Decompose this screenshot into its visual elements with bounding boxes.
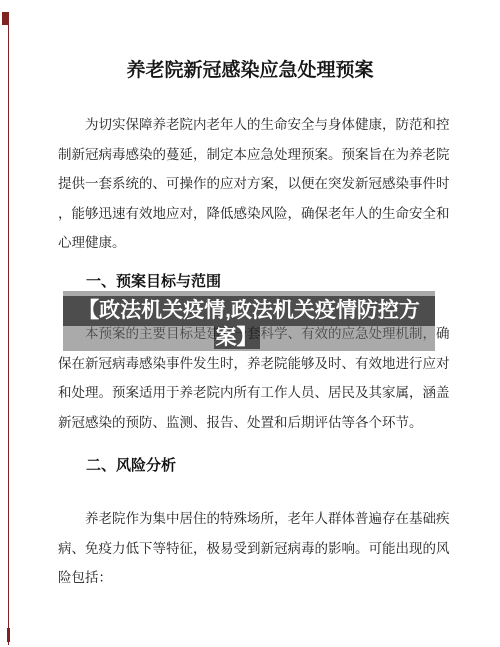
document-title: 养老院新冠感染应急处理预案 <box>0 58 500 84</box>
text-line: 提供一套系统的、可操作的应对方案，以便在突发新冠感染事件时 <box>58 169 442 199</box>
bottom-left-edge-mark <box>7 628 10 642</box>
intro-paragraph: 为切实保障养老院内老年人的生命安全与身体健康，防范和控制新冠病毒感染的蔓延，制定… <box>58 110 442 258</box>
text-line: 险包括： <box>58 563 442 593</box>
left-edge-line <box>8 12 9 645</box>
text-line: 新冠感染的预防、监测、报告、处置和后期评估等各个环节。 <box>58 408 442 438</box>
text-line: 心理健康。 <box>58 228 442 258</box>
section-2-heading: 二、风险分析 <box>86 451 176 480</box>
text-line: 为切实保障养老院内老年人的生命安全与身体健康，防范和控 <box>58 110 442 140</box>
watermark-overlay: 【政法机关疫情,政法机关疫情防控方 案】 <box>63 291 435 351</box>
text-line: 病、免疫力低下等特征，极易受到新冠病毒的影响。可能出现的风 <box>58 534 442 564</box>
document-page: 养老院新冠感染应急处理预案 为切实保障养老院内老年人的生命安全与身体健康，防范和… <box>0 0 500 647</box>
watermark-text-line-2: 案】 <box>63 326 435 351</box>
section-2-paragraph: 养老院作为集中居住的特殊场所，老年人群体普遍存在基础疾病、免疫力低下等特征，极易… <box>58 504 442 593</box>
text-line: 和处理。预案适用于养老院内所有工作人员、居民及其家属，涵盖 <box>58 378 442 408</box>
text-line: 养老院作为集中居住的特殊场所，老年人群体普遍存在基础疾 <box>58 504 442 534</box>
watermark-text-line-1: 【政法机关疫情,政法机关疫情防控方 <box>63 296 435 326</box>
text-line: 保在新冠病毒感染事件发生时，养老院能够及时、有效地进行应对 <box>58 349 442 379</box>
text-line: ，能够迅速有效地应对，降低感染风险，确保老年人的生命安全和 <box>58 199 442 229</box>
watermark-text-line-2-box: 案】 <box>214 326 260 349</box>
text-line: 制新冠病毒感染的蔓延，制定本应急处理预案。预案旨在为养老院 <box>58 140 442 170</box>
